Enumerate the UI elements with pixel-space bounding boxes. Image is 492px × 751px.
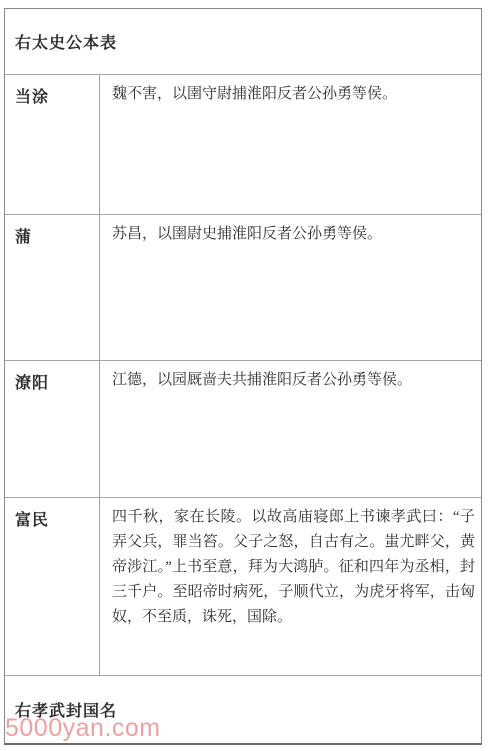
site-watermark: 5000yan.com: [5, 716, 161, 741]
fief-desc-cell: 四千秋，家在长陵。以故高庙寝郎上书谏孝武曰：“子弄父兵，罪当笞。父子之怒，自古有…: [100, 498, 481, 675]
fief-desc-cell: 江德，以园厩啬夫共捕淮阳反者公孙勇等侯。: [100, 361, 481, 497]
fief-desc-cell: 魏不害，以圉守尉捕淮阳反者公孙勇等侯。: [100, 75, 481, 214]
fief-name-cell: 富民: [5, 498, 100, 675]
fief-name-cell: 蒲: [5, 215, 100, 360]
page: { "table": { "header": "右太史公本表", "column…: [0, 0, 492, 751]
table-header-title: 右太史公本表: [5, 30, 117, 53]
fief-name-cell: 潦阳: [5, 361, 100, 497]
fief-name-cell: 当涂: [5, 75, 100, 214]
table-row: 潦阳 江德，以园厩啬夫共捕淮阳反者公孙勇等侯。: [5, 360, 481, 497]
history-table: 右太史公本表 当涂 魏不害，以圉守尉捕淮阳反者公孙勇等侯。 蒲 苏昌，以圉尉史捕…: [4, 8, 482, 745]
table-row: 当涂 魏不害，以圉守尉捕淮阳反者公孙勇等侯。: [5, 74, 481, 214]
table-header-row: 右太史公本表: [5, 9, 481, 74]
fief-desc-cell: 苏昌，以圉尉史捕淮阳反者公孙勇等侯。: [100, 215, 481, 360]
table-row: 蒲 苏昌，以圉尉史捕淮阳反者公孙勇等侯。: [5, 214, 481, 360]
table-row: 富民 四千秋，家在长陵。以故高庙寝郎上书谏孝武曰：“子弄父兵，罪当笞。父子之怒，…: [5, 497, 481, 675]
